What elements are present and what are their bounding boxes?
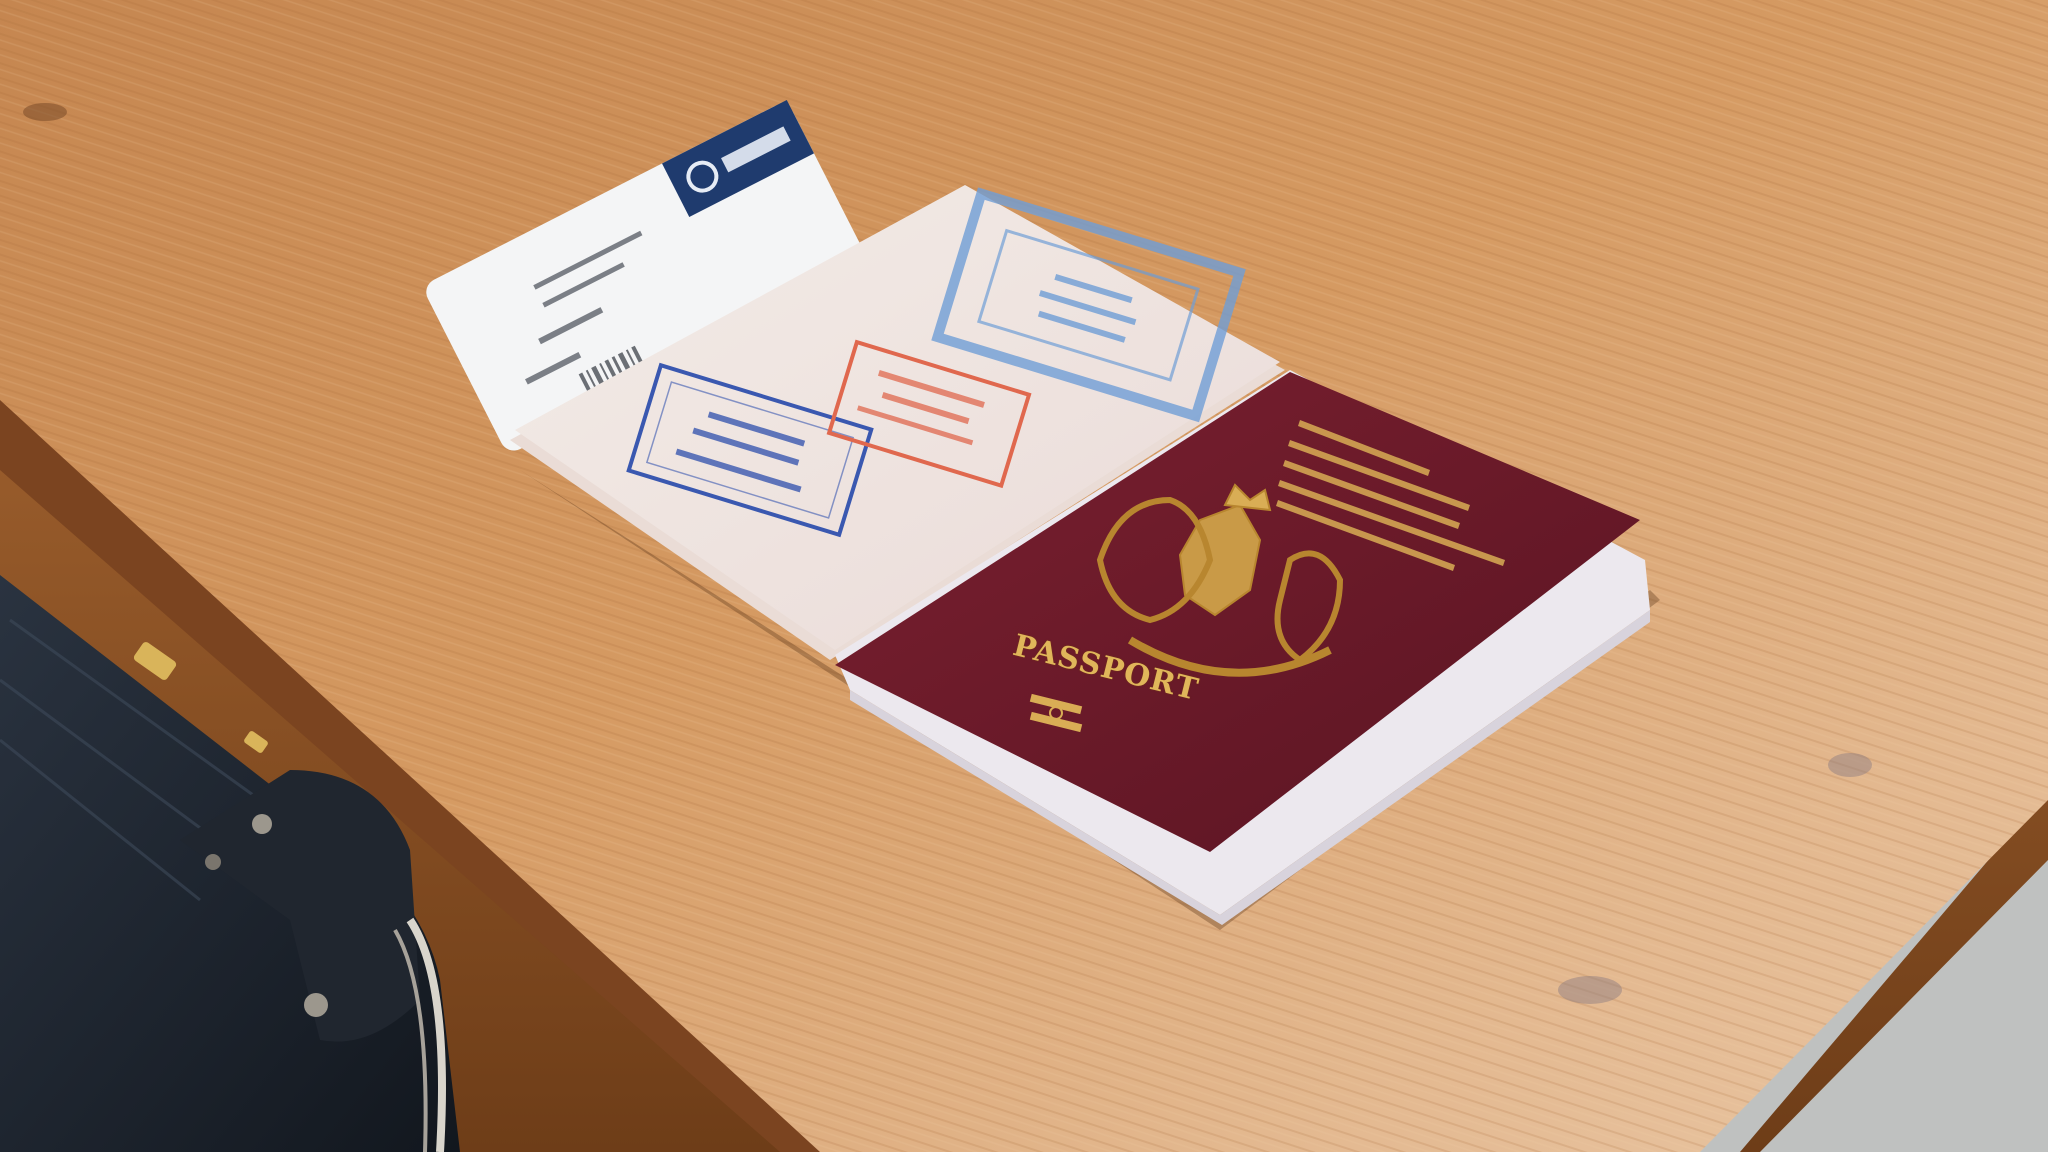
photo-scene [0, 0, 2048, 1152]
